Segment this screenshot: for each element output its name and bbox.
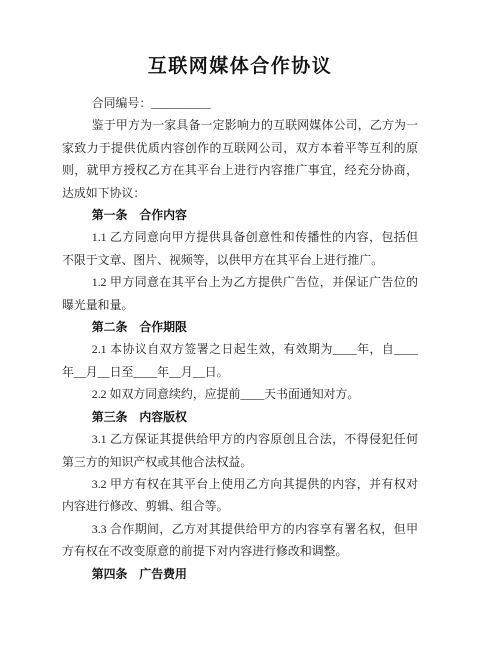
paragraph: 3.3 合作期间，乙方对其提供给甲方的内容享有署名权，但甲方有权在不改变原意的前… [62,518,418,563]
paragraph: 3.2 甲方有权在其平台上使用乙方向其提供的内容，并有权对内容进行修改、剪辑、组… [62,473,418,518]
section-heading: 第二条 合作期限 [62,316,418,338]
document-page: 互联网媒体合作协议 合同编号：__________鉴于甲方为一家具备一定影响力的… [0,0,500,647]
section-heading: 第四条 广告费用 [62,563,418,585]
paragraph: 3.1 乙方保证其提供给甲方的内容原创且合法，不得侵犯任何第三方的知识产权或其他… [62,428,418,473]
document-body: 合同编号：__________鉴于甲方为一家具备一定影响力的互联网媒体公司，乙方… [62,92,418,585]
paragraph: 2.2 如双方同意续约，应提前____天书面通知对方。 [62,383,418,405]
document-content: 互联网媒体合作协议 合同编号：__________鉴于甲方为一家具备一定影响力的… [0,0,500,585]
paragraph: 1.2 甲方同意在其平台上为乙方提供广告位，并保证广告位的曝光量和量。 [62,271,418,316]
paragraph: 鉴于甲方为一家具备一定影响力的互联网媒体公司，乙方为一家致力于提供优质内容创作的… [62,114,418,204]
section-heading: 第三条 内容版权 [62,406,418,428]
section-heading: 第一条 合作内容 [62,204,418,226]
paragraph: 1.1 乙方同意向甲方提供具备创意性和传播性的内容，包括但不限于文章、图片、视频… [62,226,418,271]
contract-number-line: 合同编号：__________ [62,92,418,114]
document-title: 互联网媒体合作协议 [62,52,418,82]
paragraph: 2.1 本协议自双方签署之日起生效，有效期为____年，自____年__月__日… [62,338,418,383]
